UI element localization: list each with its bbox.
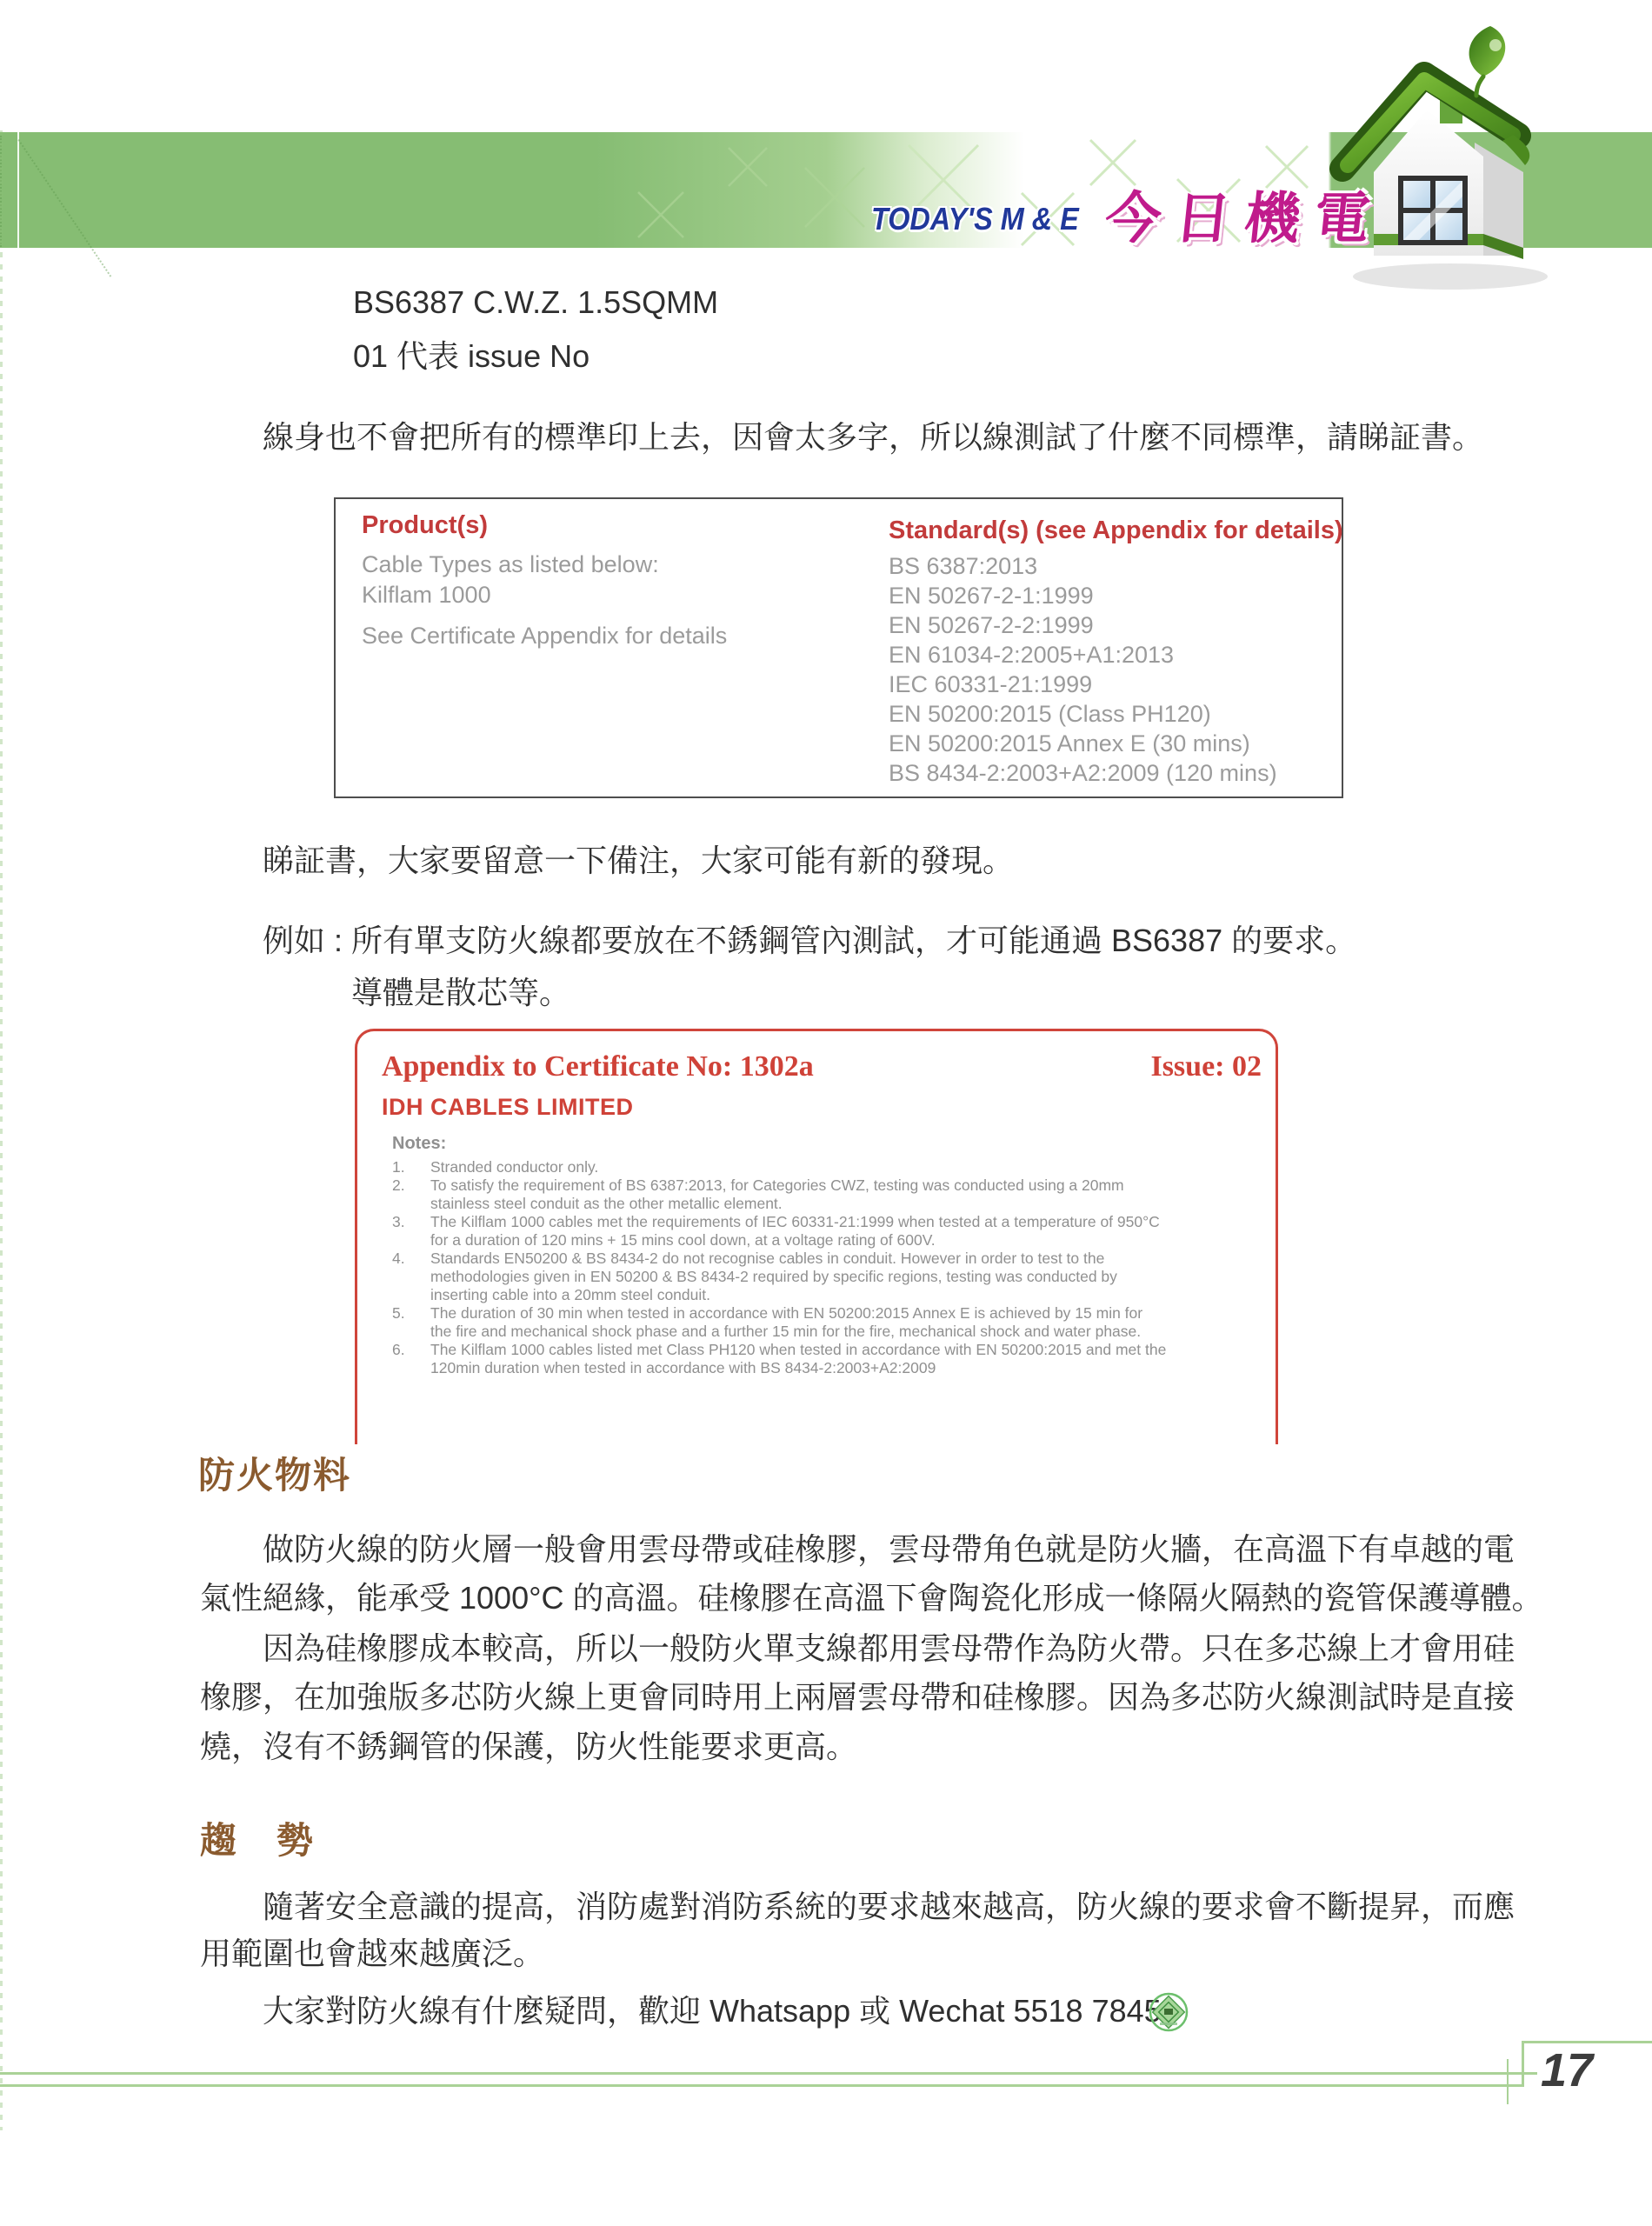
standard-item: BS 8434-2:2003+A2:2009 (120 mins)	[889, 758, 1277, 788]
note-line: 120min duration when tested in accordanc…	[430, 1359, 1244, 1377]
section-heading-trend: 趨 勢	[200, 1823, 315, 1859]
note-line: inserting cable into a 20mm steel condui…	[430, 1286, 1244, 1304]
standard-item: EN 61034-2:2005+A1:2013	[889, 640, 1277, 670]
standards-heading: Standard(s) (see Appendix for details)	[889, 517, 1343, 545]
certificate-screenshot-box: Product(s) Cable Types as listed below: …	[334, 497, 1343, 798]
standard-item: EN 50267-2-1:1999	[889, 581, 1277, 610]
standard-item: EN 50200:2015 (Class PH120)	[889, 699, 1277, 729]
note-line: Standards EN50200 & BS 8434-2 do not rec…	[430, 1250, 1244, 1268]
notes-list: 1. Stranded conductor only. 2. To satisf…	[392, 1158, 1244, 1377]
note-number: 4.	[392, 1250, 430, 1268]
fire-material-line: 燒，沒有不銹鋼管的保護，防火性能要求更高。	[200, 1731, 857, 1763]
note-line: Stranded conductor only.	[430, 1158, 1244, 1176]
note-item: 5. The duration of 30 min when tested in…	[392, 1304, 1244, 1341]
fire-material-line: 橡膠，在加強版多芯防火線上更會同時用上兩層雲母帶和硅橡膠。因為多芯防火線測試時是…	[200, 1682, 1515, 1713]
fire-material-line: 做防火線的防火層一般會用雲母帶或硅橡膠，雲母帶角色就是防火牆，在高溫下有卓越的電	[263, 1534, 1515, 1565]
note-line: stainless steel conduit as the other met…	[430, 1195, 1244, 1213]
intro-paragraph: 線身也不會把所有的標準印上去，因會太多字，所以線測試了什麼不同標準，請睇証書。	[263, 422, 1483, 453]
contact-line: 大家對防火線有什麼疑問，歡迎 Whatsapp 或 Wechat 5518 78…	[263, 1996, 1193, 2027]
note-item: 1. Stranded conductor only.	[392, 1158, 1244, 1176]
product-line: Kilflam 1000	[362, 582, 491, 609]
standard-item: IEC 60331-21:1999	[889, 670, 1277, 699]
note-number: 6.	[392, 1341, 430, 1359]
trend-line: 用範圍也會越來越廣泛。	[200, 1938, 544, 1969]
note-item: 3. The Kilflam 1000 cables met the requi…	[392, 1213, 1244, 1250]
note-line: the fire and mechanical shock phase and …	[430, 1323, 1244, 1341]
note-line: methodologies given in EN 50200 & BS 843…	[430, 1268, 1244, 1286]
example-line: 例如 : 所有單支防火線都要放在不銹鋼管內測試，才可能通過 BS6387 的要求…	[263, 925, 1356, 956]
standards-list: BS 6387:2013 EN 50267-2-1:1999 EN 50267-…	[889, 551, 1277, 788]
note-number: 5.	[392, 1304, 430, 1323]
issue-number-line: 01 代表 issue No	[353, 341, 590, 372]
product-line: Cable Types as listed below:	[362, 551, 659, 578]
footer-rule-step	[1522, 2041, 1524, 2087]
notes-label: Notes:	[392, 1134, 446, 1154]
note-line: The duration of 30 min when tested in ac…	[430, 1304, 1244, 1323]
appendix-certificate-box: Appendix to Certificate No: 1302a Issue:…	[355, 1029, 1278, 1444]
note-item: 2. To satisfy the requirement of BS 6387…	[392, 1176, 1244, 1213]
section-heading-fire-material: 防火物料	[198, 1457, 351, 1494]
standard-item: BS 6387:2013	[889, 551, 1277, 581]
note-number: 2.	[392, 1176, 430, 1195]
page-number: 17	[1541, 2043, 1593, 2097]
note-number: 1.	[392, 1158, 430, 1176]
product-heading: Product(s)	[362, 511, 488, 540]
appendix-issue: Issue: 02	[1150, 1050, 1262, 1083]
footer-rule-upper	[0, 2072, 1537, 2075]
trend-line: 隨著安全意識的提高，消防處對消防系統的要求越來越高，防火線的要求會不斷提昇，而應	[263, 1891, 1515, 1923]
example-line: 導體是散芯等。	[351, 977, 570, 1009]
footer-tick	[1507, 2059, 1509, 2104]
note-line: The Kilflam 1000 cables listed met Class…	[430, 1341, 1244, 1359]
note-line: for a duration of 120 mins + 15 mins coo…	[430, 1231, 1244, 1250]
fire-material-line: 氣性絕緣，能承受 1000°C 的高溫。硅橡膠在高溫下會陶瓷化形成一條隔火隔熱的…	[200, 1583, 1543, 1614]
header-band-rule	[17, 132, 19, 248]
note-item: 4. Standards EN50200 & BS 8434-2 do not …	[392, 1250, 1244, 1304]
note-item: 6. The Kilflam 1000 cables listed met Cl…	[392, 1341, 1244, 1377]
note-line: To satisfy the requirement of BS 6387:20…	[430, 1176, 1244, 1195]
note-line: The Kilflam 1000 cables met the requirem…	[430, 1213, 1244, 1231]
remark-paragraph: 睇証書，大家要留意一下備注，大家可能有新的發現。	[263, 845, 1014, 876]
footer-rule-lower	[0, 2084, 1523, 2087]
house-with-leaf-icon	[1329, 19, 1572, 293]
note-number: 3.	[392, 1213, 430, 1231]
cable-marking-line: BS6387 C.W.Z. 1.5SQMM	[353, 287, 718, 318]
appendix-title: Appendix to Certificate No: 1302a	[382, 1050, 814, 1083]
fire-material-line: 因為硅橡膠成本較高，所以一般防火單支線都用雲母帶作為防火帶。只在多芯線上才會用硅	[263, 1633, 1515, 1664]
end-of-article-stamp-icon	[1148, 1991, 1189, 2033]
appendix-company: IDH CABLES LIMITED	[382, 1094, 634, 1121]
magazine-title-english: TODAY'S M & E	[871, 201, 1079, 237]
standard-item: EN 50200:2015 Annex E (30 mins)	[889, 729, 1277, 758]
product-line: See Certificate Appendix for details	[362, 623, 727, 650]
page-edge-artifact	[0, 130, 3, 2130]
standard-item: EN 50267-2-2:1999	[889, 610, 1277, 640]
